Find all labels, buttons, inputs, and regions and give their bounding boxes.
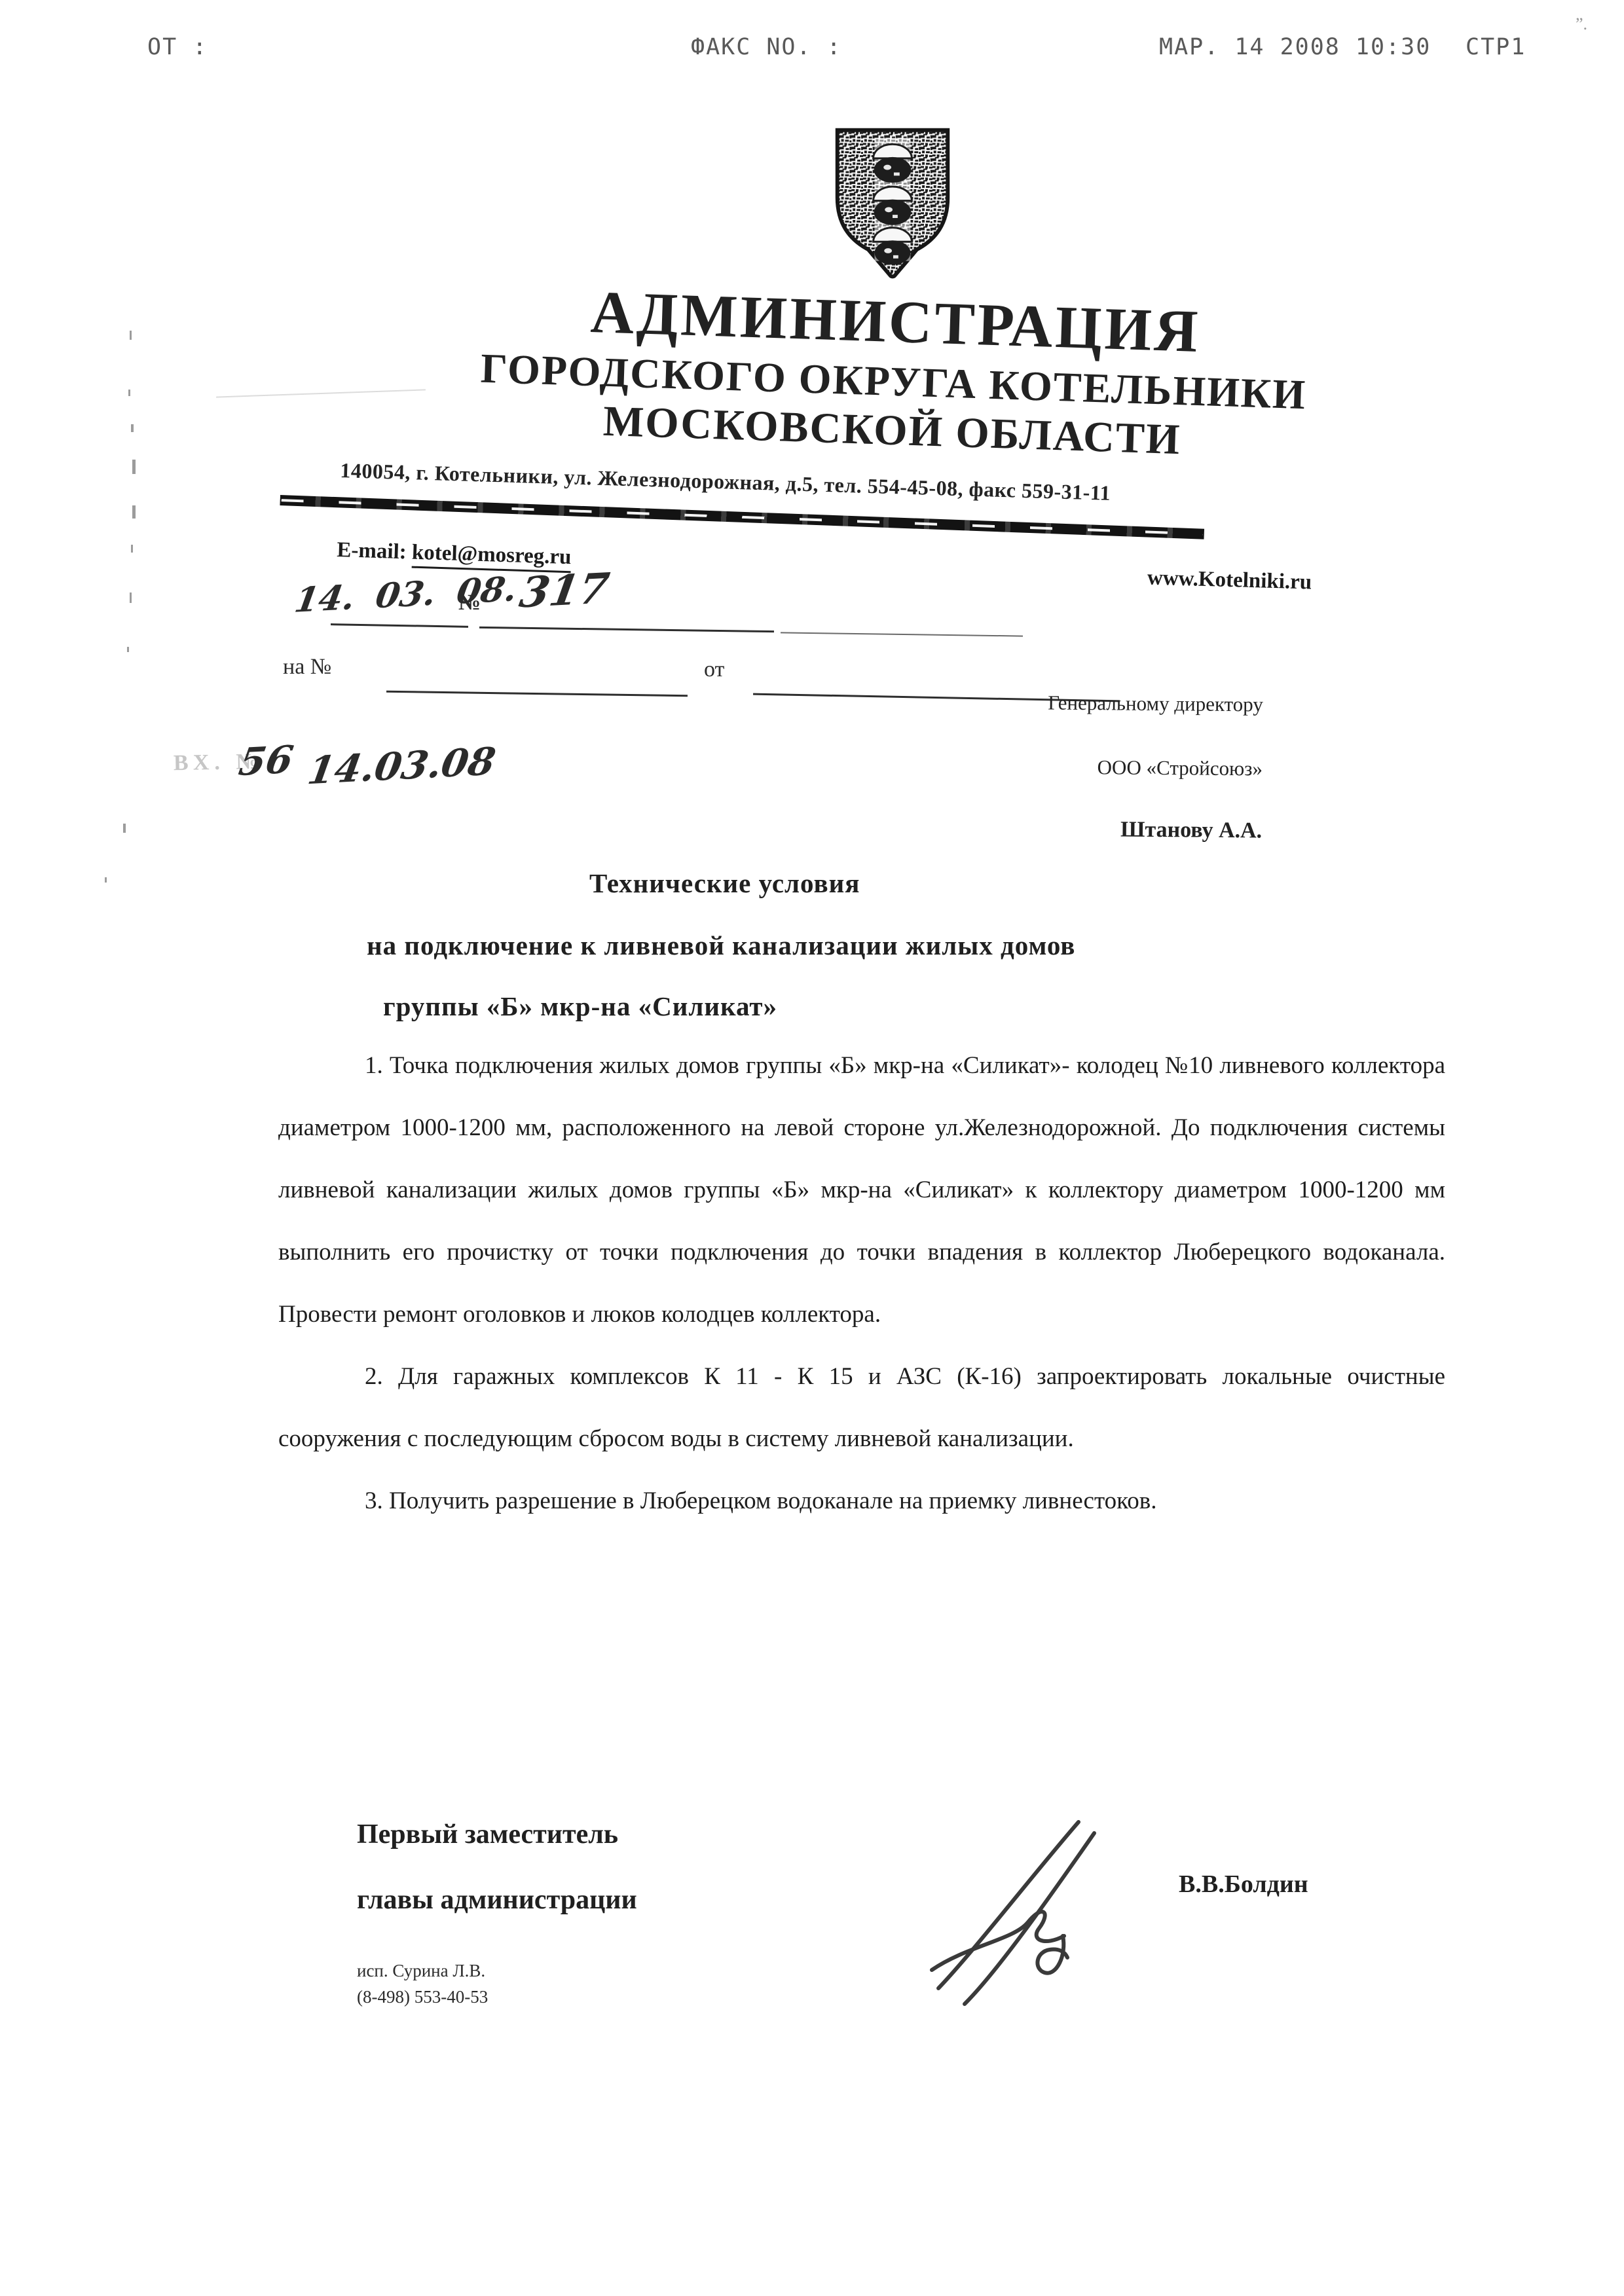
incoming-date-handwritten: 14.03.08	[304, 739, 498, 793]
recipient-line2: ООО «Стройсоюз»	[904, 754, 1263, 781]
na-number-label: на №	[283, 655, 331, 680]
form-line	[479, 627, 774, 632]
scan-noise	[216, 389, 426, 397]
scan-noise	[132, 460, 136, 474]
org-website: www.Kotelniki.ru	[1147, 566, 1312, 595]
outgoing-date-handwritten: 14. 03. 08.	[291, 569, 520, 620]
fax-document-page: ОТ : ФАКС NO. : МАР. 14 2008 10:30 СТР1 …	[0, 0, 1624, 2296]
outgoing-number-handwritten: 317	[516, 564, 612, 618]
body-paragraph-3: 3. Получить разрешение в Люберецком водо…	[278, 1470, 1445, 1532]
subject-line1: Технические условия	[589, 867, 860, 899]
boiler-icon	[874, 144, 912, 183]
scan-noise	[127, 647, 129, 652]
form-line	[331, 623, 468, 628]
letter-body: 1. Точка подключения жилых домов группы …	[278, 1034, 1445, 1532]
recipient-line1: Генеральному директору	[904, 690, 1263, 717]
scan-noise	[128, 390, 130, 396]
scan-noise	[105, 877, 107, 883]
body-paragraph-2: 2. Для гаражных комплексов К 11 - К 15 и…	[278, 1345, 1445, 1470]
executor-name: исп. Сурина Л.В.	[357, 1961, 485, 1981]
executor-phone: (8-498) 553-40-53	[357, 1987, 488, 2007]
scan-noise	[123, 824, 126, 833]
scan-speck: ”.	[1576, 14, 1587, 34]
scan-noise	[131, 424, 134, 432]
fax-page-number: СТР1	[1466, 34, 1526, 60]
coat-of-arms	[828, 123, 957, 282]
form-line	[386, 691, 688, 697]
signer-name: В.В.Болдин	[1179, 1870, 1308, 1899]
form-line	[781, 632, 1023, 636]
signer-title-line2: главы администрации	[357, 1884, 637, 1916]
boiler-icon	[874, 187, 912, 225]
ot-label: от	[704, 657, 724, 682]
recipient-line3: Штанову А.А.	[903, 816, 1262, 844]
signer-title-line1: Первый заместитель	[357, 1819, 618, 1850]
boiler-icon	[874, 228, 912, 265]
fax-number-label: ФАКС NO. :	[691, 34, 842, 60]
subject-line3: группы «Б» мкр-на «Силикат»	[383, 991, 777, 1022]
handwritten-signature	[927, 1810, 1149, 2020]
email-label: E-mail:	[337, 538, 407, 564]
body-paragraph-1: 1. Точка подключения жилых домов группы …	[278, 1034, 1445, 1345]
scan-noise	[130, 331, 132, 340]
org-email-row: E-mail: kotel@mosreg.ru	[337, 538, 572, 570]
recipient-block: Генеральному директору ООО «Стройсоюз» Ш…	[903, 690, 1263, 844]
scan-noise	[131, 545, 133, 553]
fax-from-label: ОТ :	[147, 34, 208, 60]
scan-noise	[130, 592, 132, 603]
scan-noise	[132, 505, 136, 519]
fax-datetime: МАР. 14 2008 10:30	[1159, 34, 1431, 60]
number-sign: №	[458, 591, 481, 615]
incoming-number-handwritten: 56	[236, 737, 296, 784]
org-address: 140054, г. Котельники, ул. Железнодорожн…	[340, 458, 1111, 505]
subject-line2: на подключение к ливневой канализации жи…	[367, 930, 1075, 961]
